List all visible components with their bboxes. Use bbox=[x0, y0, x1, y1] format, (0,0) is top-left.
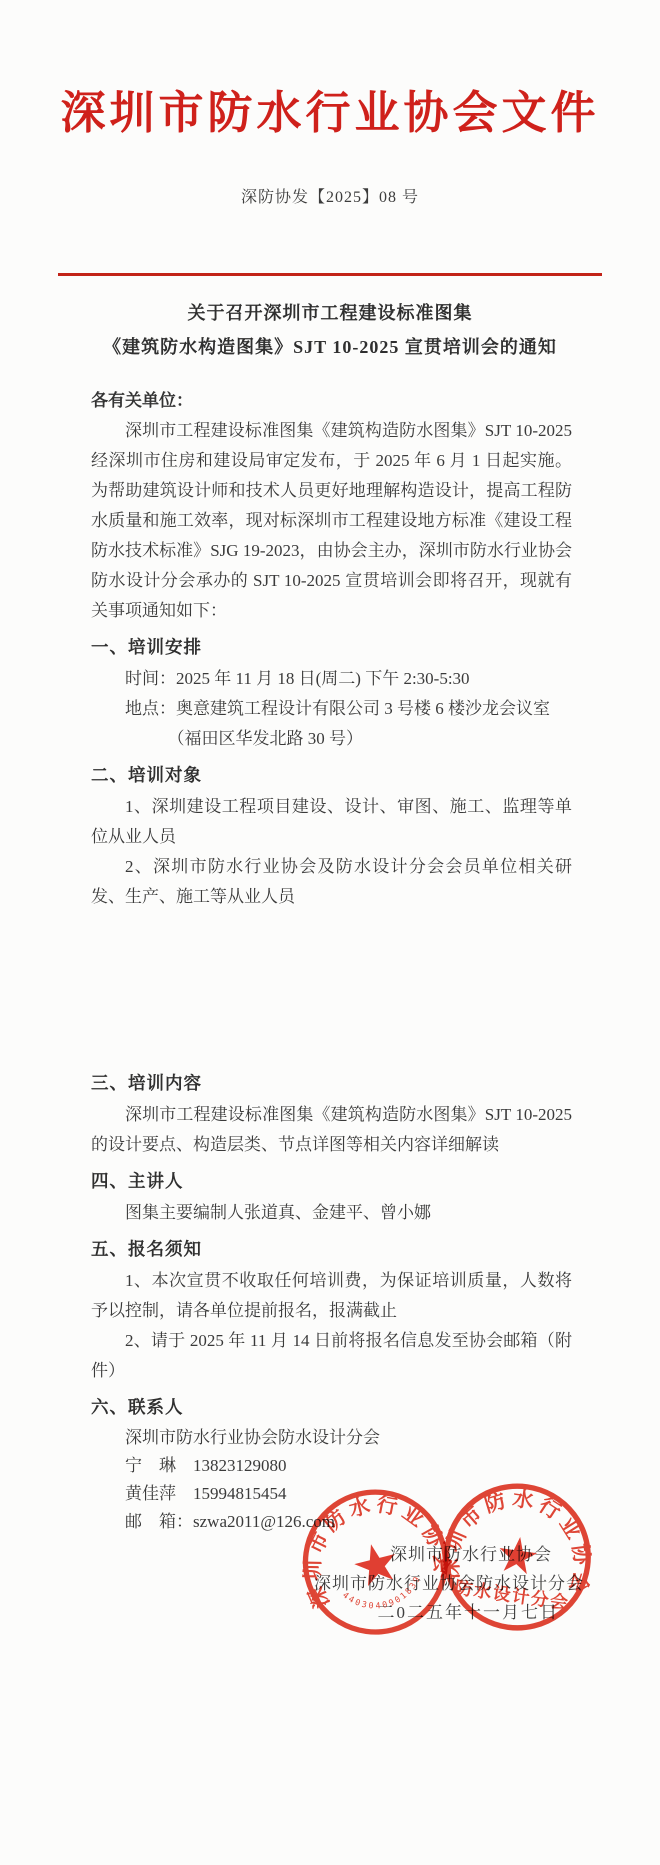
registration-item-1: 1、本次宣贯不收取任何培训费，为保证培训质量，人数将予以控制，请各单位提前报名，… bbox=[91, 1266, 572, 1326]
contact-person-1: 宁 琳 13823129080 bbox=[91, 1452, 572, 1480]
trainee-item-1: 1、深圳建设工程项目建设、设计、审图、施工、监理等单位从业人员 bbox=[91, 792, 572, 852]
star-icon: ★ bbox=[344, 1527, 407, 1601]
section-heading-registration: 五、报名须知 bbox=[91, 1234, 572, 1264]
training-address-note: （福田区华发北路 30 号） bbox=[91, 724, 572, 754]
header-divider bbox=[58, 273, 602, 276]
section-heading-trainees: 二、培训对象 bbox=[91, 760, 572, 790]
contact-org-line: 深圳市防水行业协会防水设计分会 bbox=[91, 1424, 572, 1452]
training-place-line: 地点：奥意建筑工程设计有限公司 3 号楼 6 楼沙龙会议室 bbox=[91, 694, 572, 724]
document-body: 各有关单位： 深圳市工程建设标准图集《建筑构造防水图集》SJT 10-2025 … bbox=[58, 386, 602, 1536]
page-break-gap bbox=[91, 912, 572, 1062]
notice-title-line2: 《建筑防水构造图集》SJT 10-2025 宣贯培训会的通知 bbox=[58, 330, 602, 364]
section-heading-training-content: 三、培训内容 bbox=[91, 1068, 572, 1098]
section-heading-training-arrangement: 一、培训安排 bbox=[91, 632, 572, 662]
notice-title: 关于召开深圳市工程建设标准图集 《建筑防水构造图集》SJT 10-2025 宣贯… bbox=[58, 296, 602, 364]
salutation: 各有关单位： bbox=[91, 386, 572, 416]
star-icon: ★ bbox=[492, 1524, 544, 1588]
scanned-official-document: 深圳市防水行业协会文件 深防协发【2025】08 号 关于召开深圳市工程建设标准… bbox=[0, 0, 660, 1865]
intro-paragraph: 深圳市工程建设标准图集《建筑构造防水图集》SJT 10-2025 经深圳市住房和… bbox=[91, 416, 572, 626]
speakers-line: 图集主要编制人张道真、金建平、曾小娜 bbox=[91, 1198, 572, 1228]
notice-title-line1: 关于召开深圳市工程建设标准图集 bbox=[58, 296, 602, 330]
section-heading-contacts: 六、联系人 bbox=[91, 1392, 572, 1422]
training-time-line: 时间：2025 年 11 月 18 日(周二) 下午 2:30-5:30 bbox=[91, 664, 572, 694]
trainee-item-2: 2、深圳市防水行业协会及防水设计分会会员单位相关研发、生产、施工等从业人员 bbox=[91, 852, 572, 912]
doc-number: 深防协发【2025】08 号 bbox=[58, 184, 602, 207]
document-banner-title: 深圳市防水行业协会文件 bbox=[58, 86, 602, 140]
official-seal-design-branch: 深圳市防水行业协会 ★ 防水设计分会 bbox=[430, 1470, 605, 1649]
registration-item-2: 2、请于 2025 年 11 月 14 日前将报名信息发至协会邮箱（附件） bbox=[91, 1326, 572, 1386]
section-heading-speakers: 四、主讲人 bbox=[91, 1166, 572, 1196]
training-content-paragraph: 深圳市工程建设标准图集《建筑构造防水图集》SJT 10-2025 的设计要点、构… bbox=[91, 1100, 572, 1160]
